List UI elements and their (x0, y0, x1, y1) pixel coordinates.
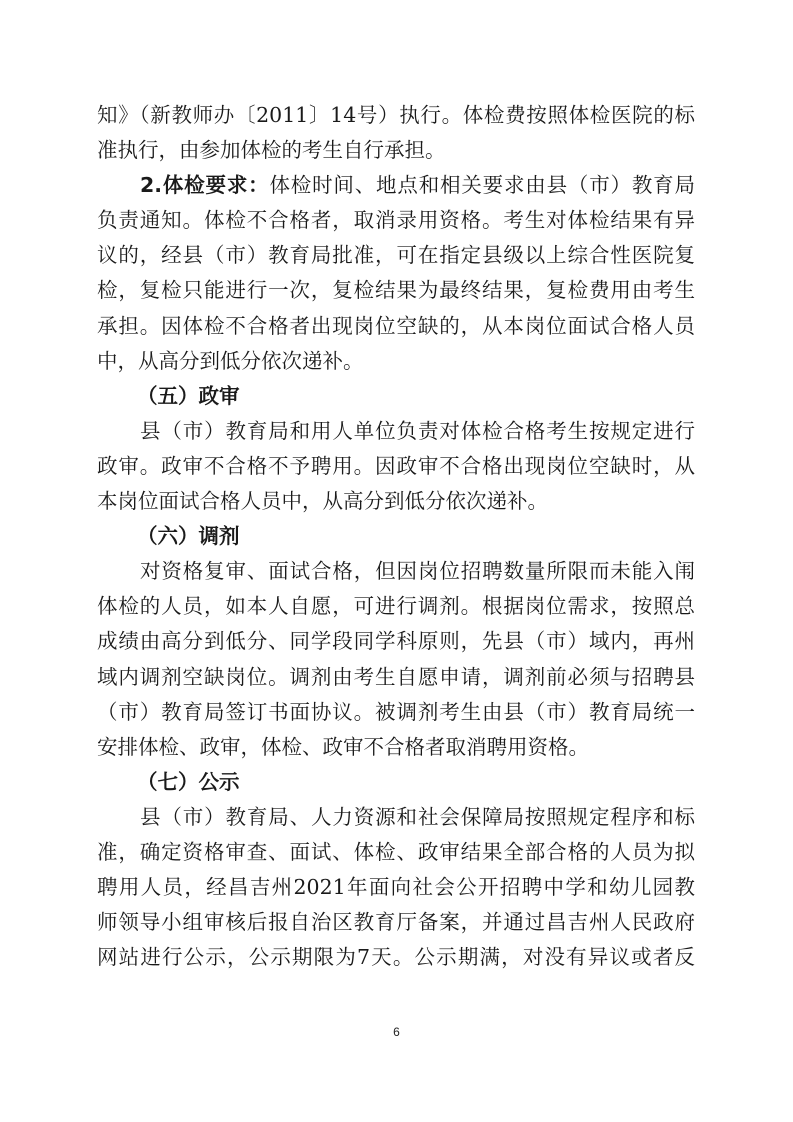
body-line: （市）教育局签订书面协议。被调剂考生由县（市）教育局统一 (97, 695, 695, 730)
body-line: 政审。政审不合格不予聘用。因政审不合格出现岗位空缺时，从 (97, 449, 695, 484)
body-line: 中，从高分到低分依次递补。 (97, 344, 695, 379)
page-number: 6 (0, 1025, 793, 1039)
body-line: 知》（新教师办〔2011〕14号）执行。体检费按照体检医院的标 (97, 98, 695, 133)
section-heading-political-review: （五）政审 (97, 379, 695, 414)
body-line: 负责通知。体检不合格者，取消录用资格。考生对体检结果有异 (97, 203, 695, 238)
body-line: 县（市）教育局、人力资源和社会保障局按照规定程序和标 (97, 800, 695, 835)
body-line: 网站进行公示，公示期限为7天。公示期满，对没有异议或者反 (97, 940, 695, 975)
body-line: 成绩由高分到低分、同学段同学科原则，先县（市）域内，再州 (97, 624, 695, 659)
body-line: 县（市）教育局和用人单位负责对体检合格考生按规定进行 (97, 414, 695, 449)
document-page: 知》（新教师办〔2011〕14号）执行。体检费按照体检医院的标 准执行，由参加体… (0, 0, 793, 1122)
document-body: 知》（新教师办〔2011〕14号）执行。体检费按照体检医院的标 准执行，由参加体… (97, 98, 695, 975)
body-line: 安排体检、政审，体检、政审不合格者取消聘用资格。 (97, 730, 695, 765)
subsection-line: 2.体检要求：体检时间、地点和相关要求由县（市）教育局 (97, 168, 695, 203)
body-line: 准执行，由参加体检的考生自行承担。 (97, 133, 695, 168)
section-heading-adjustment: （六）调剂 (97, 519, 695, 554)
body-line: 聘用人员，经昌吉州2021年面向社会公开招聘中学和幼儿园教 (97, 870, 695, 905)
body-line: 检，复检只能进行一次，复检结果为最终结果，复检费用由考生 (97, 273, 695, 308)
section-heading-publicity: （七）公示 (97, 765, 695, 800)
body-line: 域内调剂空缺岗位。调剂由考生自愿申请，调剂前必须与招聘县 (97, 660, 695, 695)
body-line: 本岗位面试合格人员中，从高分到低分依次递补。 (97, 484, 695, 519)
body-line: 体检的人员，如本人自愿，可进行调剂。根据岗位需求，按照总 (97, 589, 695, 624)
body-line: 承担。因体检不合格者出现岗位空缺的，从本岗位面试合格人员 (97, 309, 695, 344)
body-line: 议的，经县（市）教育局批准，可在指定县级以上综合性医院复 (97, 238, 695, 273)
body-line: 准，确定资格审查、面试、体检、政审结果全部合格的人员为拟 (97, 835, 695, 870)
body-line: 对资格复审、面试合格，但因岗位招聘数量所限而未能入闱 (97, 554, 695, 589)
subsection-text: 体检时间、地点和相关要求由县（市）教育局 (269, 173, 695, 197)
subsection-label: 2.体检要求： (140, 173, 269, 197)
body-line: 师领导小组审核后报自治区教育厅备案，并通过昌吉州人民政府 (97, 905, 695, 940)
